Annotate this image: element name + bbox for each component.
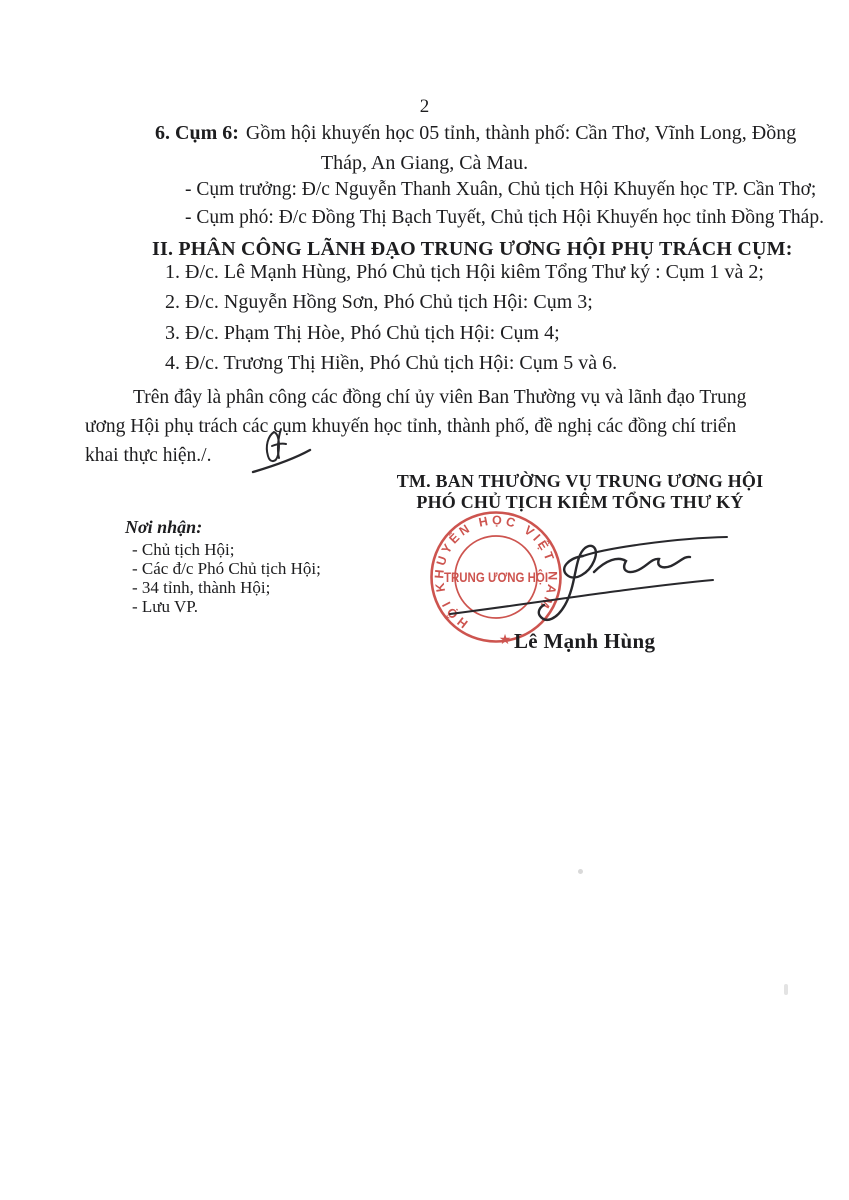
assignment-item-4: 4. Đ/c. Trương Thị Hiền, Phó Chủ tịch Hộ… [165,352,617,375]
handwritten-signature [426,520,736,635]
scan-speck [578,869,583,874]
page-number: 2 [0,96,849,118]
cum6-text: Gồm hội khuyến học 05 tỉnh, thành phố: C… [246,122,796,144]
signature-heading: TM. BAN THƯỜNG VỤ TRUNG ƯƠNG HỘI PHÓ CHỦ… [394,471,766,513]
cum6-paragraph-line2: Tháp, An Giang, Cà Mau. [0,152,849,175]
recipients-heading: Nơi nhận: [125,518,321,537]
signature-squiggle [594,557,690,572]
closing-paragraph-line1: Trên đây là phân công các đồng chí ủy vi… [133,387,746,409]
signature-lower-line [450,580,713,614]
scan-speck [784,984,788,995]
stamp-star-icon: ★ [499,633,512,648]
assignment-item-3: 3. Đ/c. Phạm Thị Hòe, Phó Chủ tịch Hội: … [165,322,560,345]
cum6-deputy-line: - Cụm phó: Đ/c Đồng Thị Bạch Tuyết, Chủ … [185,207,824,229]
recipient-item: - 34 tỉnh, thành Hội; [132,578,321,597]
closing-paragraph-line3: khai thực hiện./. [85,445,211,467]
cum6-label: 6. Cụm 6: [155,122,239,144]
assignment-item-2: 2. Đ/c. Nguyễn Hồng Sơn, Phó Chủ tịch Hộ… [165,291,593,314]
recipient-item: - Lưu VP. [132,597,321,616]
assignment-item-1: 1. Đ/c. Lê Mạnh Hùng, Phó Chủ tịch Hội k… [165,261,764,284]
signature-scrawl [539,546,596,620]
cum6-paragraph-line1: 6. Cụm 6:Gồm hội khuyến học 05 tỉnh, thà… [155,122,796,145]
recipient-item: - Chủ tịch Hội; [132,540,321,559]
recipient-item: - Các đ/c Phó Chủ tịch Hội; [132,559,321,578]
document-page: 2 6. Cụm 6:Gồm hội khuyến học 05 tỉnh, t… [0,0,849,1200]
closing-paragraph-line2: ương Hội phụ trách các cụm khuyến học tỉ… [85,416,736,438]
signature-upper-line [583,537,727,556]
recipients-block: Nơi nhận: - Chủ tịch Hội; - Các đ/c Phó … [125,518,321,616]
cum6-leader-line: - Cụm trưởng: Đ/c Nguyễn Thanh Xuân, Chủ… [185,179,816,201]
signer-name: Lê Mạnh Hùng [514,629,655,653]
handwritten-initial-mark [250,426,314,476]
signature-org-line: TM. BAN THƯỜNG VỤ TRUNG ƯƠNG HỘI [394,471,766,492]
section-2-heading: II. PHÂN CÔNG LÃNH ĐẠO TRUNG ƯƠNG HỘI PH… [152,238,793,261]
